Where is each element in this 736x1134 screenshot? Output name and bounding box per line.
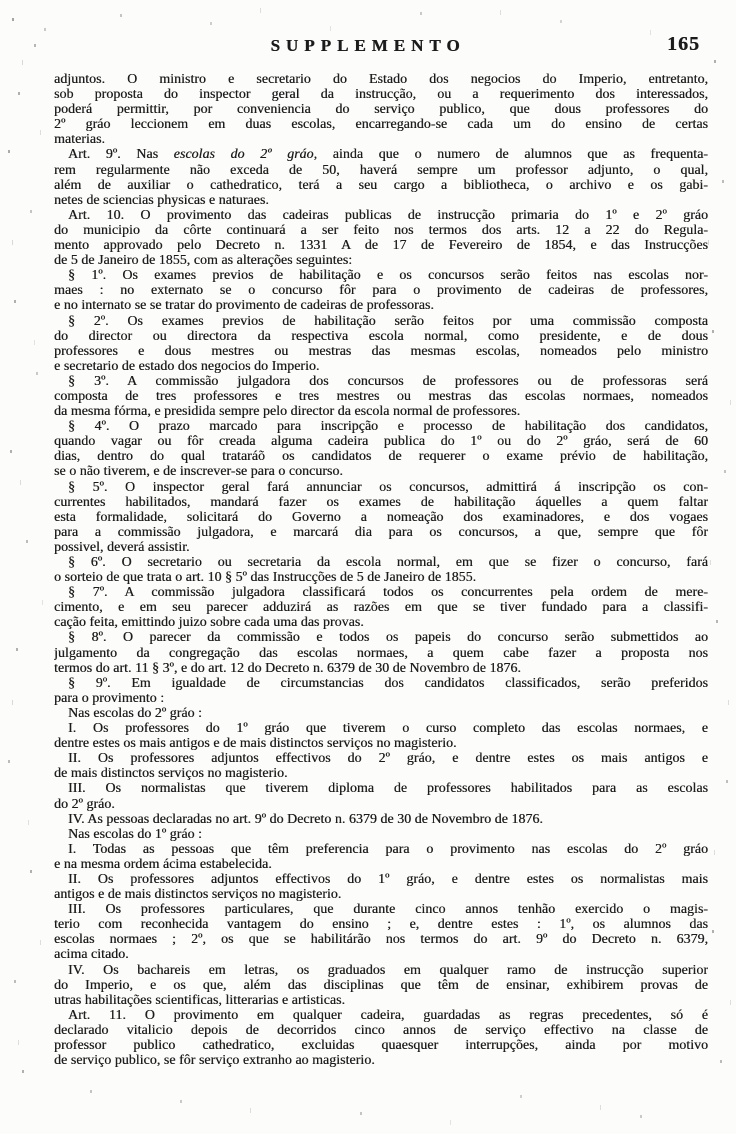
- paragraph: § 6º. O secretario ou secretaria da esco…: [54, 555, 708, 585]
- text-line: poderá permittir, por conveniencia do se…: [54, 102, 708, 117]
- text-segment: possivel, deverá assistir.: [54, 540, 190, 555]
- text-line: § 9º. Em igualdade de circumstancias dos…: [54, 676, 708, 691]
- text-line: para o provimento :: [54, 691, 708, 706]
- text-segment: quando vagar ou fôr creada alguma cadeir…: [54, 434, 708, 449]
- text-line: de mais distinctos serviços no magisteri…: [54, 766, 708, 781]
- text-segment: § 5º. O inspector geral fará annunciar o…: [68, 480, 708, 495]
- text-line: adjuntos. O ministro e secretario do Est…: [54, 72, 708, 87]
- text-line: Art. 9º. Nas escolas do 2º gráo, ainda q…: [54, 147, 708, 162]
- running-header: SUPPLEMENTO 165: [0, 36, 736, 56]
- paragraph: § 4º. O prazo marcado para inscripção e …: [54, 419, 708, 479]
- text-segment: de serviço publico, se fôr serviço extra…: [54, 1053, 375, 1068]
- text-line: e secretario de estado dos negocios do I…: [54, 359, 708, 374]
- text-segment: do 2º gráo.: [54, 797, 115, 812]
- paragraph: IV. As pessoas declaradas no art. 9º do …: [54, 812, 708, 827]
- paragraph: II. Os professores adjuntos effectivos d…: [54, 751, 708, 781]
- text-line: § 7º. A commissão julgadora classificará…: [54, 585, 708, 600]
- text-segment: § 2º. Os exames previos de habilitação s…: [68, 314, 708, 329]
- text-line: o sorteio de que trata o art. 10 § 5º da…: [54, 570, 708, 585]
- text-segment: composta de tres professores e tres mest…: [54, 389, 708, 404]
- italic-text-segment: escolas do 2º gráo: [174, 147, 314, 162]
- text-segment: mento approvado pelo Decreto n. 1331 A d…: [54, 238, 708, 253]
- paragraph: I. Os professores do 1º gráo que tiverem…: [54, 721, 708, 751]
- text-line: 2º gráo leccionem em duas escolas, encar…: [54, 117, 708, 132]
- text-line: da mesma fórma, e presidida sempre pelo …: [54, 404, 708, 419]
- text-segment: acima citado.: [54, 947, 129, 962]
- text-line: de 5 de Janeiro de 1855, com as alteraçõ…: [54, 253, 708, 268]
- paragraph: I. Todas as pessoas que têm preferencia …: [54, 842, 708, 872]
- text-segment: antigos e de mais distinctos serviços no…: [54, 887, 341, 902]
- text-line: para a commissão julgadora, e marcará di…: [54, 525, 708, 540]
- text-segment: e no internato se se tratar do proviment…: [54, 298, 434, 313]
- text-segment: I. Todas as pessoas que têm preferencia …: [68, 842, 708, 857]
- text-line: utras habilitações scientificas, littera…: [54, 993, 708, 1008]
- text-segment: julgamento da congregação das escolas no…: [54, 646, 708, 661]
- text-segment: o sorteio de que trata o art. 10 § 5º da…: [54, 570, 476, 585]
- text-segment: currentes habilitados, mandará fazer os …: [54, 495, 708, 510]
- text-line: III. Os normalistas que tiverem diploma …: [54, 781, 708, 796]
- text-line: composta de tres professores e tres mest…: [54, 389, 708, 404]
- scanned-page: SUPPLEMENTO 165 adjuntos. O ministro e s…: [0, 0, 736, 1134]
- text-segment: terio com reconhecida vantagem do ensino…: [54, 917, 708, 932]
- text-line: Art. 11. O provimento em qualquer cadeir…: [54, 1008, 708, 1023]
- paragraph: II. Os professores adjuntos effectivos d…: [54, 872, 708, 902]
- text-segment: de 5 de Janeiro de 1855, com as alteraçõ…: [54, 253, 352, 268]
- text-line: mento approvado pelo Decreto n. 1331 A d…: [54, 238, 708, 253]
- paragraph: § 5º. O inspector geral fará annunciar o…: [54, 480, 708, 555]
- text-line: professor publico cathedratico, excluida…: [54, 1038, 708, 1053]
- text-line: maes : no externato se o concurso fôr pa…: [54, 283, 708, 298]
- text-segment: IV. Os bachareis em letras, os graduados…: [68, 963, 708, 978]
- text-segment: adjuntos. O ministro e secretario do Est…: [54, 72, 708, 87]
- page-body: adjuntos. O ministro e secretario do Est…: [54, 72, 708, 1068]
- text-segment: de mais distinctos serviços no magisteri…: [54, 766, 288, 781]
- text-segment: § 7º. A commissão julgadora classificará…: [68, 585, 708, 600]
- text-segment: Nas escolas do 2º gráo :: [68, 706, 202, 721]
- text-line: II. Os professores adjuntos effectivos d…: [54, 751, 708, 766]
- text-line: netes de sciencias physicas e naturaes.: [54, 193, 708, 208]
- paragraph: Art. 11. O provimento em qualquer cadeir…: [54, 1008, 708, 1068]
- text-segment: III. Os professores particulares, que du…: [68, 902, 708, 917]
- text-segment: § 4º. O prazo marcado para inscripção e …: [68, 419, 708, 434]
- text-line: sob proposta do inspector geral da instr…: [54, 87, 708, 102]
- text-line: cimento, e em seu parecer adduzirá as ra…: [54, 600, 708, 615]
- paragraph: § 7º. A commissão julgadora classificará…: [54, 585, 708, 630]
- paragraph: adjuntos. O ministro e secretario do Est…: [54, 72, 708, 147]
- text-segment: do Imperio, e os que, além das disciplin…: [54, 978, 708, 993]
- text-segment: além de auxiliar o cathedratico, terá a …: [54, 178, 708, 193]
- text-segment: cação feita, emittindo juizo sobre cada …: [54, 615, 364, 630]
- paragraph: § 3º. A commissão julgadora dos concurso…: [54, 374, 708, 419]
- text-segment: Nas escolas do 1º gráo :: [68, 827, 202, 842]
- text-line: esta formalidade, solicitará do Governo …: [54, 510, 708, 525]
- text-line: antigos e de mais distinctos serviços no…: [54, 887, 708, 902]
- text-segment: da mesma fórma, e presidida sempre pelo …: [54, 404, 520, 419]
- text-line: rem regularmente não exceda de 50, haver…: [54, 163, 708, 178]
- paragraph: § 9º. Em igualdade de circumstancias dos…: [54, 676, 708, 706]
- paragraph: III. Os professores particulares, que du…: [54, 902, 708, 962]
- text-segment: para a commissão julgadora, e marcará di…: [54, 525, 708, 540]
- paragraph: Nas escolas do 2º gráo :: [54, 706, 708, 721]
- text-line: § 4º. O prazo marcado para inscripção e …: [54, 419, 708, 434]
- text-segment: cimento, e em seu parecer adduzirá as ra…: [54, 600, 708, 615]
- text-line: do 2º gráo.: [54, 797, 708, 812]
- text-segment: Art. 9º. Nas: [68, 147, 174, 162]
- text-line: além de auxiliar o cathedratico, terá a …: [54, 178, 708, 193]
- text-segment: e na mesma ordem ácima estabelecida.: [54, 857, 272, 872]
- text-line: § 1º. Os exames previos de habilitação e…: [54, 268, 708, 283]
- paragraph: § 1º. Os exames previos de habilitação e…: [54, 268, 708, 313]
- text-line: Nas escolas do 1º gráo :: [54, 827, 708, 842]
- text-line: IV. As pessoas declaradas no art. 9º do …: [54, 812, 708, 827]
- text-segment: e secretario de estado dos negocios do I…: [54, 359, 319, 374]
- text-line: currentes habilitados, mandará fazer os …: [54, 495, 708, 510]
- text-line: de serviço publico, se fôr serviço extra…: [54, 1053, 708, 1068]
- text-line: § 5º. O inspector geral fará annunciar o…: [54, 480, 708, 495]
- text-line: § 3º. A commissão julgadora dos concurso…: [54, 374, 708, 389]
- paragraph: Nas escolas do 1º gráo :: [54, 827, 708, 842]
- paragraph: § 8º. O parecer da commissão e todos os …: [54, 630, 708, 675]
- scan-noise-dark: [0, 0, 2, 3]
- text-line: § 6º. O secretario ou secretaria da esco…: [54, 555, 708, 570]
- running-title: SUPPLEMENTO: [270, 36, 465, 55]
- text-line: julgamento da congregação das escolas no…: [54, 646, 708, 661]
- text-line: possivel, deverá assistir.: [54, 540, 708, 555]
- text-segment: Art. 11. O provimento em qualquer cadeir…: [68, 1008, 708, 1023]
- text-line: III. Os professores particulares, que du…: [54, 902, 708, 917]
- text-segment: utras habilitações scientificas, littera…: [54, 993, 345, 1008]
- text-line: escolas normaes ; 2º, os que se habilitá…: [54, 932, 708, 947]
- text-line: dentre estes os mais antigos e de mais d…: [54, 736, 708, 751]
- text-segment: para o provimento :: [54, 691, 164, 706]
- text-segment: dentre estes os mais antigos e de mais d…: [54, 736, 457, 751]
- text-line: se o não tiverem, e de inscrever-se para…: [54, 464, 708, 479]
- text-segment: maes : no externato se o concurso fôr pa…: [54, 283, 708, 298]
- text-line: dias, dentro do qual trataráõ os candida…: [54, 449, 708, 464]
- text-segment: 2º gráo leccionem em duas escolas, encar…: [54, 117, 708, 132]
- text-segment: Art. 10. O provimento das cadeiras publi…: [68, 208, 708, 223]
- text-segment: III. Os normalistas que tiverem diploma …: [68, 781, 708, 796]
- text-segment: professores e dous mestres ou mestras da…: [54, 344, 708, 359]
- text-segment: II. Os professores adjuntos effectivos d…: [68, 751, 708, 766]
- text-line: quando vagar ou fôr creada alguma cadeir…: [54, 434, 708, 449]
- text-line: § 8º. O parecer da commissão e todos os …: [54, 630, 708, 645]
- text-line: § 2º. Os exames previos de habilitação s…: [54, 314, 708, 329]
- text-segment: dias, dentro do qual trataráõ os candida…: [54, 449, 708, 464]
- text-line: II. Os professores adjuntos effectivos d…: [54, 872, 708, 887]
- text-segment: § 6º. O secretario ou secretaria da esco…: [68, 555, 708, 570]
- text-segment: do municipio da côrte continuará a ser f…: [54, 223, 708, 238]
- text-line: do Imperio, e os que, além das disciplin…: [54, 978, 708, 993]
- text-line: materias.: [54, 132, 708, 147]
- text-segment: professor publico cathedratico, excluida…: [54, 1038, 708, 1053]
- text-segment: materias.: [54, 132, 105, 147]
- text-line: Art. 10. O provimento das cadeiras publi…: [54, 208, 708, 223]
- text-line: I. Todas as pessoas que têm preferencia …: [54, 842, 708, 857]
- text-line: terio com reconhecida vantagem do ensino…: [54, 917, 708, 932]
- text-line: termos do art. 11 § 3º, e do art. 12 do …: [54, 661, 708, 676]
- text-line: professores e dous mestres ou mestras da…: [54, 344, 708, 359]
- text-line: e na mesma ordem ácima estabelecida.: [54, 857, 708, 872]
- text-segment: § 3º. A commissão julgadora dos concurso…: [68, 374, 708, 389]
- text-segment: se o não tiverem, e de inscrever-se para…: [54, 464, 343, 479]
- paragraph: IV. Os bachareis em letras, os graduados…: [54, 963, 708, 1008]
- text-line: e no internato se se tratar do proviment…: [54, 298, 708, 313]
- text-segment: do director ou directora da respectiva e…: [54, 329, 708, 344]
- paragraph: III. Os normalistas que tiverem diploma …: [54, 781, 708, 811]
- paragraph: § 2º. Os exames previos de habilitação s…: [54, 314, 708, 374]
- text-segment: netes de sciencias physicas e naturaes.: [54, 193, 269, 208]
- text-line: declarado vitalicio depois de decorridos…: [54, 1023, 708, 1038]
- text-segment: , ainda que o numero de alumnos que as f…: [314, 147, 708, 162]
- text-line: Nas escolas do 2º gráo :: [54, 706, 708, 721]
- paragraph: Art. 9º. Nas escolas do 2º gráo, ainda q…: [54, 147, 708, 207]
- text-line: do director ou directora da respectiva e…: [54, 329, 708, 344]
- text-segment: esta formalidade, solicitará do Governo …: [54, 510, 708, 525]
- text-segment: § 9º. Em igualdade de circumstancias dos…: [68, 676, 708, 691]
- text-segment: sob proposta do inspector geral da instr…: [54, 87, 708, 102]
- paragraph: Art. 10. O provimento das cadeiras publi…: [54, 208, 708, 268]
- text-segment: poderá permittir, por conveniencia do se…: [54, 102, 708, 117]
- text-segment: IV. As pessoas declaradas no art. 9º do …: [68, 812, 543, 827]
- scan-noise-faint: [0, 0, 1, 5]
- text-line: cação feita, emittindo juizo sobre cada …: [54, 615, 708, 630]
- text-line: do municipio da côrte continuará a ser f…: [54, 223, 708, 238]
- text-line: acima citado.: [54, 947, 708, 962]
- text-segment: II. Os professores adjuntos effectivos d…: [68, 872, 708, 887]
- page-number: 165: [667, 33, 700, 56]
- text-segment: I. Os professores do 1º gráo que tiverem…: [68, 721, 708, 736]
- text-segment: declarado vitalicio depois de decorridos…: [54, 1023, 708, 1038]
- text-line: I. Os professores do 1º gráo que tiverem…: [54, 721, 708, 736]
- text-segment: escolas normaes ; 2º, os que se habilitá…: [54, 932, 708, 947]
- text-segment: § 8º. O parecer da commissão e todos os …: [68, 630, 708, 645]
- text-segment: rem regularmente não exceda de 50, haver…: [54, 163, 708, 178]
- text-segment: § 1º. Os exames previos de habilitação e…: [68, 268, 708, 283]
- text-segment: termos do art. 11 § 3º, e do art. 12 do …: [54, 661, 521, 676]
- text-line: IV. Os bachareis em letras, os graduados…: [54, 963, 708, 978]
